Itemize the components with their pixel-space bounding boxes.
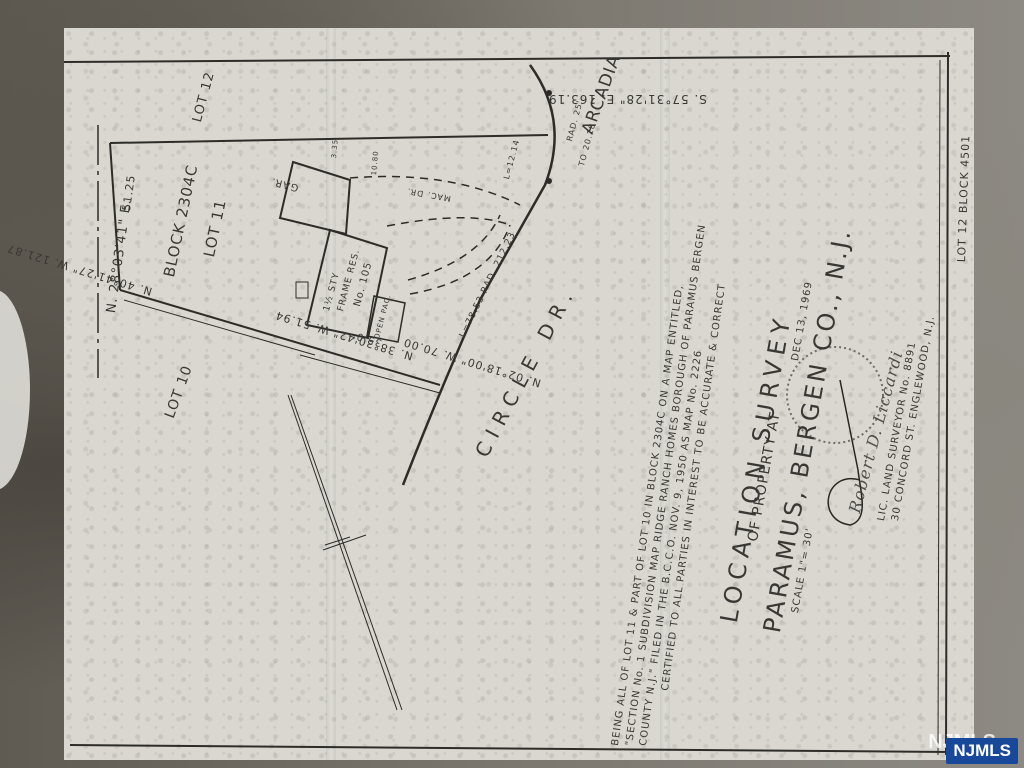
garage-offset-1: 3.35 [330, 138, 340, 158]
north-line-bearing: S. 57°31'28" E. 163.19 [548, 92, 707, 106]
njmls-badge: NJMLS [946, 738, 1018, 764]
